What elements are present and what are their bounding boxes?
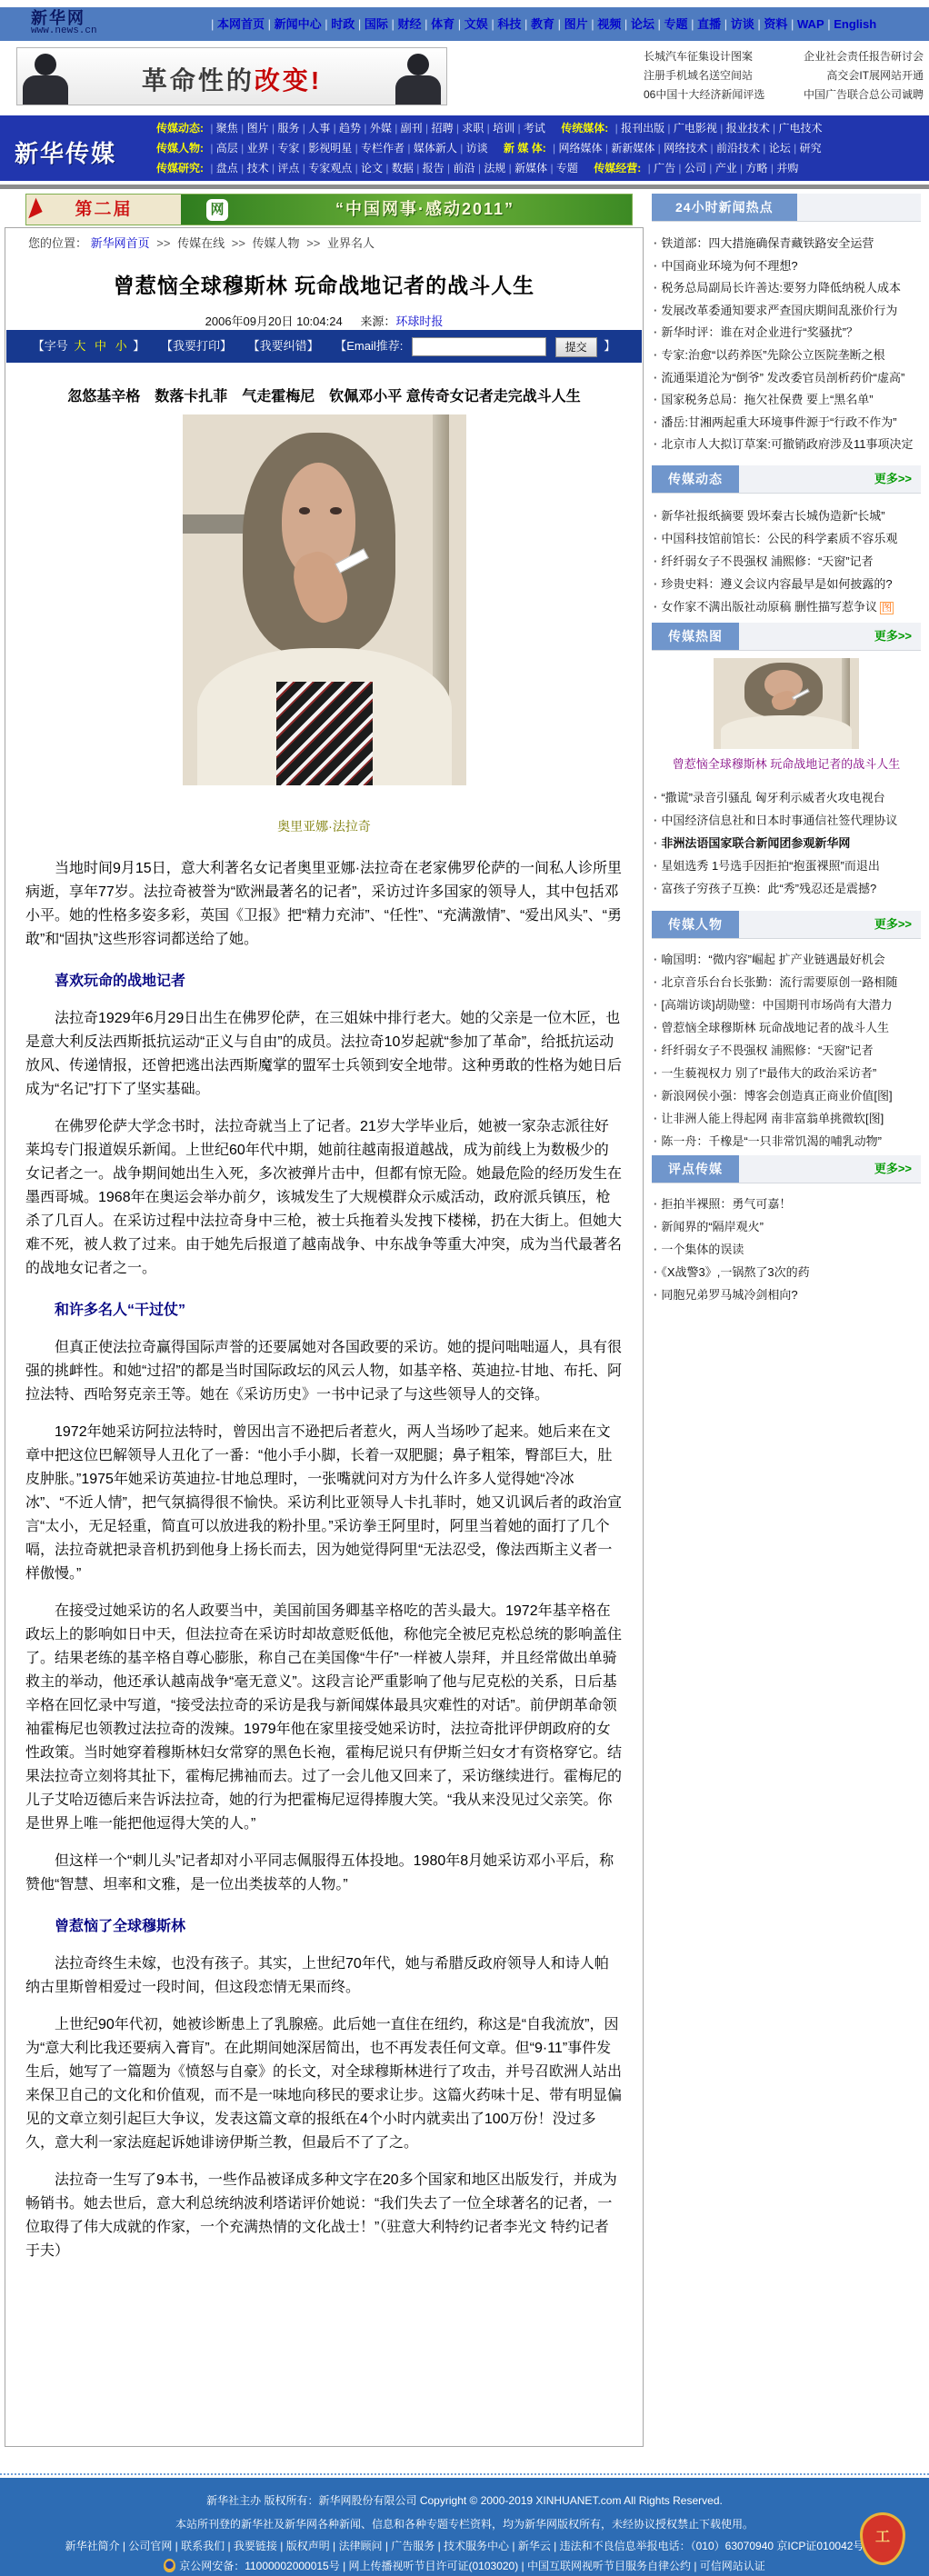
- news-item[interactable]: ·北京音乐台台长张勤：流行需要原创一路相随: [652, 971, 921, 993]
- hot-news-item[interactable]: ·中国商业环境为何不理想?: [652, 255, 921, 278]
- ribbon-icon: [28, 198, 45, 223]
- media-link[interactable]: 广告: [644, 162, 675, 175]
- ad-banner[interactable]: 革命性的改变!: [16, 47, 447, 105]
- article-paragraph: 法拉奇一生写了9本书，一些作品被译成多种文字在20多个国家和地区出版发行，并成为…: [25, 2169, 623, 2263]
- fontsize-label-end: 】: [133, 339, 145, 353]
- bullet-icon: ·: [654, 1265, 657, 1279]
- bullet-icon: ·: [654, 600, 657, 614]
- promo-link[interactable]: 注册手机域名送空间站: [644, 66, 753, 85]
- bullet-icon: ·: [654, 236, 657, 250]
- media-link[interactable]: 盘点: [207, 162, 238, 175]
- media-link[interactable]: 并购: [768, 162, 799, 175]
- topnav-link[interactable]: 体育: [422, 17, 455, 31]
- sidebar-section-renwu-header: 传媒人物 更多>>: [652, 911, 921, 939]
- news-item[interactable]: ·一生藐视权力 别了!“最伟大的政治采访者”: [652, 1062, 921, 1084]
- topnav-link[interactable]: 新闻中心: [265, 17, 322, 31]
- topnav-link[interactable]: 论坛: [621, 17, 654, 31]
- news-item[interactable]: ·同胞兄弟罗马城冷剑相向?: [652, 1283, 921, 1306]
- bullet-icon: ·: [654, 1043, 657, 1057]
- bullet-icon: ·: [654, 953, 657, 966]
- hot-news-item[interactable]: ·北京市人大拟订草案:可撤销政府涉及11事项决定: [652, 434, 921, 456]
- media-cat-label: 传媒经营:: [594, 162, 641, 175]
- media-link[interactable]: 媒体新人: [405, 142, 457, 155]
- media-link[interactable]: 专家观点: [299, 162, 352, 175]
- article-paragraph: 上世纪90年代初，她被诊断患上了乳腺癌。此后她一直住在纽约，称这是“自我流放”，…: [25, 2013, 623, 2155]
- more-link[interactable]: 更多>>: [874, 465, 912, 493]
- topnav-link[interactable]: WAP: [787, 17, 824, 31]
- promo-link[interactable]: 中国广告联合总公司诚聘: [804, 85, 924, 105]
- media-link[interactable]: 业界: [238, 142, 269, 155]
- news-item[interactable]: ·纤纤弱女子不畏强权 浦熙修：“天窗”记者: [652, 1039, 921, 1062]
- bullet-icon: ·: [654, 1134, 657, 1148]
- bullet-icon: ·: [654, 1089, 657, 1103]
- media-link[interactable]: 前沿: [445, 162, 475, 175]
- ad-slogan-prefix: 革命性的: [142, 66, 255, 95]
- news-item[interactable]: ·新华社报纸摘要 毁坏秦古长城伪造新“长城”: [652, 504, 921, 527]
- media-link[interactable]: 报业技术: [717, 122, 770, 135]
- source-label: 来源：: [360, 315, 395, 328]
- news-item[interactable]: ·中国科技馆前馆长：公民的科学素质不容乐观: [652, 527, 921, 550]
- topnav-link[interactable]: 资料: [754, 17, 788, 31]
- photo-person-eye: [330, 507, 341, 514]
- footer: 新华社主办 版权所有：新华网股份有限公司 Copyright © 2000-20…: [0, 2478, 929, 2576]
- bullet-icon: ·: [654, 348, 657, 362]
- campaign-title: “中国网事·感动2011”: [335, 195, 514, 225]
- media-link[interactable]: 求职: [454, 122, 484, 135]
- promo-link-row: 注册手机域名送空间站 高交会IT展网站开通: [644, 66, 924, 85]
- submit-button[interactable]: 提交: [555, 337, 597, 357]
- news-item[interactable]: ·星姐选秀 1号选手因拒拍“抱蛋裸照”而退出: [652, 854, 921, 877]
- fontsize-large-button[interactable]: 大: [74, 339, 85, 353]
- article-container: 您的位置： 新华网首页 >> 传媒在线 >> 传媒人物 >> 业界名人 曾惹恼全…: [5, 227, 644, 2447]
- topnav-link[interactable]: 科技: [488, 17, 522, 31]
- bullet-icon: ·: [654, 836, 657, 850]
- article-paragraph: 曾惹恼了全球穆斯林: [25, 1915, 623, 1939]
- media-link[interactable]: 外媒: [361, 122, 392, 135]
- renwu-news-list: ·喻国明：“微内容”崛起 扩产业链遇最好机会 ·北京音乐台台长张勤：流行需要原创…: [652, 948, 921, 1153]
- news-item[interactable]: ·一个集体的误读: [652, 1238, 921, 1261]
- hot-news-item[interactable]: ·流通渠道沦为“倒爷” 发改委官员剖析药价“虚高”: [652, 367, 921, 390]
- media-link[interactable]: 人事: [299, 122, 330, 135]
- section-title: 传媒人物: [652, 911, 739, 938]
- top-nav-links: 本网首页新闻中心时政国际财经体育文娱科技教育图片视频论坛专题直播访谈资料WAPE…: [211, 7, 876, 41]
- hot-news-item[interactable]: ·税务总局副局长许善达:要努力降低纳税人成本: [652, 277, 921, 300]
- topnav-link[interactable]: 文娱: [455, 17, 488, 31]
- bullet-icon: ·: [654, 1021, 657, 1034]
- media-link[interactable]: 高层: [207, 142, 238, 155]
- media-cat-label: 新 媒 体:: [504, 142, 546, 155]
- media-link[interactable]: 广电技术: [770, 122, 823, 135]
- news-item[interactable]: ·女作家不满出版社动原稿 删性描写惹争议图: [652, 595, 921, 618]
- article-dateline: 2006年09月20日 10:04:24 来源：环球时报: [5, 312, 643, 329]
- campaign-edition: 第二届: [75, 200, 132, 219]
- promo-links: 长城汽车征集设计图案 企业社会责任报告研讨会 注册手机域名送空间站 高交会IT展…: [644, 47, 924, 104]
- article-photo: [183, 414, 466, 785]
- promo-link[interactable]: 06中国十大经济新闻评选: [644, 85, 764, 105]
- breadcrumb-separator: >>: [232, 236, 245, 250]
- ad-slogan: 革命性的改变!: [17, 61, 446, 97]
- retu-news-list: ·“撒谎”录音引骚乱 匈牙利示威者火攻电视台 ·中国经济信息社和日本时事通信社签…: [652, 786, 921, 900]
- email-recommend-label: 【Email推荐:: [335, 339, 403, 353]
- site-logo-url: www.news.cn: [31, 26, 97, 36]
- source-link[interactable]: 环球时报: [395, 315, 443, 328]
- bullet-icon: ·: [654, 281, 657, 295]
- sidebar-section-retu-header: 传媒热图 更多>>: [652, 623, 921, 651]
- topnav-link[interactable]: 直播: [688, 17, 722, 31]
- bullet-icon: ·: [654, 304, 657, 317]
- media-link[interactable]: 招聘: [423, 122, 454, 135]
- section-title: 传媒热图: [652, 623, 739, 650]
- news-item[interactable]: ·新浪网侯小强：博客会创造真正商业价值[图]: [652, 1084, 921, 1107]
- news-item[interactable]: ·富孩子穷孩子互换：此“秀”残忍还是震撼?: [652, 877, 921, 900]
- promo-link[interactable]: 长城汽车征集设计图案: [644, 47, 753, 66]
- media-cat-label: 传媒动态:: [156, 122, 204, 135]
- fontsize-medium-button[interactable]: 中: [95, 339, 106, 353]
- bullet-icon: ·: [654, 509, 657, 523]
- media-row-2: 传媒人物:高层业界专家影视明星专栏作者媒体新人访谈 新 媒 体:网络媒体新新媒体…: [156, 138, 835, 158]
- bullet-icon: ·: [654, 437, 657, 451]
- media-link[interactable]: 专家: [269, 142, 300, 155]
- bullet-icon: ·: [654, 259, 657, 273]
- ad-figure-right-icon: [392, 48, 445, 105]
- correction-button[interactable]: 【我要纠错】: [248, 339, 319, 353]
- hot-news-item[interactable]: ·新华时评：谁在对企业进行“奖骚扰”？: [652, 322, 921, 344]
- campaign-banner-left: 第二届: [26, 195, 181, 225]
- news-item[interactable]: ·中国经济信息社和日本时事通信社签代理协议: [652, 809, 921, 832]
- promo-link-row: 长城汽车征集设计图案 企业社会责任报告研讨会: [644, 47, 924, 66]
- media-link[interactable]: 副刊: [392, 122, 423, 135]
- breadcrumb-home-link[interactable]: 新华网首页: [91, 236, 150, 250]
- media-cat-label: 传统媒体:: [561, 122, 608, 135]
- bullet-icon: ·: [654, 1220, 657, 1233]
- campaign-logo-icon: 网: [206, 199, 228, 221]
- media-link[interactable]: 访谈: [457, 142, 488, 155]
- hot-news-item[interactable]: ·发展改革委通知要求严查国庆期间乱涨价行为: [652, 300, 921, 323]
- divider-bar: [0, 185, 929, 189]
- news-item[interactable]: ·曾惹恼全球穆斯林 玩命战地记者的战斗人生: [652, 1016, 921, 1039]
- breadcrumb-separator: >>: [156, 236, 170, 250]
- bullet-icon: ·: [654, 1288, 657, 1302]
- article-paragraph: 喜欢玩命的战地记者: [25, 970, 623, 993]
- breadcrumb: 您的位置： 新华网首页 >> 传媒在线 >> 传媒人物 >> 业界名人: [28, 234, 375, 251]
- bullet-icon: ·: [654, 998, 657, 1012]
- fontsize-small-button[interactable]: 小: [115, 339, 127, 353]
- sidebar-section-dongtai-header: 传媒动态 更多>>: [652, 465, 921, 494]
- bullet-icon: ·: [654, 1243, 657, 1256]
- media-link[interactable]: 网络媒体: [550, 142, 603, 155]
- bullet-icon: ·: [654, 1066, 657, 1080]
- topnav-link[interactable]: 教育: [521, 17, 554, 31]
- topnav-link[interactable]: 访谈: [721, 17, 754, 31]
- bullet-icon: ·: [654, 814, 657, 827]
- media-channel-logo[interactable]: 新华传媒: [15, 135, 116, 169]
- media-channel-bar: 新华传媒 传媒动态:聚焦图片服务人事趋势外媒副刊招聘求职培训考试 传统媒体:报刊…: [0, 115, 929, 181]
- bullet-icon: ·: [654, 1197, 657, 1211]
- news-item[interactable]: ·[高端访谈]胡勋璧：中国期刊市场尚有大潜力: [652, 993, 921, 1016]
- email-input[interactable]: [412, 337, 546, 356]
- bullet-icon: ·: [654, 1112, 657, 1125]
- pingdian-news-list: ·拒拍半裸照：勇气可嘉！ ·新闻界的“隔岸观火” ·一个集体的误读 ·《X战警3…: [652, 1193, 921, 1306]
- site-logo[interactable]: 新华网 www.news.cn: [31, 10, 97, 36]
- more-link[interactable]: 更多>>: [874, 623, 912, 650]
- bullet-icon: ·: [654, 554, 657, 568]
- footer-license-line[interactable]: 京公网安备：11000002000015号 | 网上传播视听节目许可证(0103…: [0, 2558, 929, 2573]
- topnav-link[interactable]: 时政: [322, 17, 355, 31]
- section-title: 24小时新闻热点: [652, 194, 797, 221]
- news-item[interactable]: ·拒拍半裸照：勇气可嘉！: [652, 1193, 921, 1215]
- news-item[interactable]: ·“撒谎”录音引骚乱 匈牙利示威者火攻电视台: [652, 786, 921, 809]
- article-lead: 忽悠基辛格 数落卡扎菲 气走霍梅尼 钦佩邓小平 意传奇女记者走完战斗人生: [24, 384, 624, 405]
- news-item[interactable]: ·让非洲人能上得起网 南非富翁单挑微软[图]: [652, 1107, 921, 1130]
- topnav-link[interactable]: 国际: [355, 17, 388, 31]
- news-item[interactable]: ·纤纤弱女子不畏强权 浦熙修：“天窗”记者: [652, 550, 921, 573]
- bullet-icon: ·: [654, 577, 657, 591]
- bullet-icon: ·: [654, 393, 657, 406]
- media-link[interactable]: 网络技术: [654, 142, 707, 155]
- media-link[interactable]: 专栏作者: [352, 142, 405, 155]
- topnav-link[interactable]: 财经: [388, 17, 422, 31]
- media-link[interactable]: 趋势: [330, 122, 361, 135]
- media-row-1: 传媒动态:聚焦图片服务人事趋势外媒副刊招聘求职培训考试 传统媒体:报刊出版广电影…: [156, 118, 835, 138]
- topnav-link[interactable]: English: [824, 17, 877, 31]
- footer-license-text: 京公网安备：11000002000015号 | 网上传播视听节目许可证(0103…: [179, 2560, 765, 2572]
- sidebar-section-hot-header: 24小时新闻热点: [652, 194, 921, 222]
- media-link[interactable]: 新新媒体: [603, 142, 655, 155]
- media-link[interactable]: 方略: [737, 162, 768, 175]
- police-badge-icon: [164, 2559, 175, 2572]
- news-item[interactable]: ·新闻界的“隔岸观火”: [652, 1215, 921, 1238]
- article-paragraph: 但这样一个“刺儿头”记者却对小平同志佩服得五体投地。1980年8月她采访邓小平后…: [25, 1850, 623, 1897]
- section-title: 评点传媒: [652, 1155, 739, 1183]
- media-link[interactable]: 服务: [269, 122, 300, 135]
- media-link[interactable]: 数据: [383, 162, 414, 175]
- promo-link-row: 06中国十大经济新闻评选 中国广告联合总公司诚聘: [644, 85, 924, 105]
- bullet-icon: ·: [654, 882, 657, 895]
- bullet-icon: ·: [654, 371, 657, 384]
- hot-news-item[interactable]: ·专家:治愈“以药养医”先除公立医院垄断之根: [652, 344, 921, 367]
- media-channel-rows: 传媒动态:聚焦图片服务人事趋势外媒副刊招聘求职培训考试 传统媒体:报刊出版广电影…: [156, 118, 835, 178]
- media-link[interactable]: 研究: [791, 142, 822, 155]
- bullet-icon: ·: [654, 325, 657, 339]
- bullet-icon: ·: [654, 859, 657, 873]
- footer-copyright: 新华社主办 版权所有：新华网股份有限公司 Copyright © 2000-20…: [0, 2492, 929, 2508]
- top-nav-bar: 新华网 www.news.cn 本网首页新闻中心时政国际财经体育文娱科技教育图片…: [0, 7, 929, 41]
- media-link[interactable]: 前沿技术: [707, 142, 760, 155]
- news-item[interactable]: ·陈一舟：千橡是“一只非常饥渴的哺乳动物”: [652, 1130, 921, 1153]
- hot-news-list: ·铁道部：四大措施确保青藏铁路安全运营 ·中国商业环境为何不理想? ·税务总局副…: [652, 233, 921, 456]
- fontsize-label: 【字号: [33, 339, 68, 353]
- article-paragraph: 法拉奇终生未嫁，也没有孩子。其实，上世纪70年代，她与希腊反政府领导人和诗人帕纳…: [25, 1952, 623, 2000]
- footer-links-line[interactable]: 新华社简介 | 公司官网 | 联系我们 | 我要链接 | 版权声明 | 法律顾问…: [0, 2538, 929, 2553]
- site-logo-title: 新华网: [31, 10, 97, 26]
- article-date: 2006年09月20日 10:04:24: [205, 315, 343, 328]
- promo-link[interactable]: 高交会IT展网站开通: [826, 66, 924, 85]
- media-link[interactable]: 产业: [706, 162, 737, 175]
- breadcrumb-link[interactable]: 传媒人物: [253, 236, 300, 250]
- media-link[interactable]: 专题: [547, 162, 578, 175]
- article-paragraph: 在佛罗伦萨大学念书时，法拉奇就当上了记者。21岁大学毕业后，她被一家杂志派往好莱…: [25, 1115, 623, 1281]
- article-paragraph: 和许多名人“干过仗”: [25, 1299, 623, 1323]
- more-link[interactable]: 更多>>: [874, 911, 912, 938]
- article-paragraph: 在接受过她采访的名人政要当中，美国前国务卿基辛格吃的苦头最大。1972年基辛格在…: [25, 1600, 623, 1836]
- media-row-3: 传媒研究:盘点技术评点专家观点论文数据报告前沿法规新媒体专题 传媒经营:广告公司…: [156, 158, 835, 178]
- breadcrumb-link[interactable]: 业界名人: [327, 236, 375, 250]
- media-link[interactable]: 公司: [675, 162, 706, 175]
- hot-news-item[interactable]: ·潘岳:甘湘两起重大环境事件源于“行政不作为”: [652, 412, 921, 434]
- media-link[interactable]: 论坛: [760, 142, 791, 155]
- sidebar-photo[interactable]: [714, 658, 859, 749]
- media-link[interactable]: 影视明星: [299, 142, 352, 155]
- dongtai-news-list: ·新华社报纸摘要 毁坏秦古长城伪造新“长城” ·中国科技馆前馆长：公民的科学素质…: [652, 504, 921, 618]
- footer-divider: [0, 2473, 929, 2475]
- article-paragraph: 当地时间9月15日，意大利著名女记者奥里亚娜·法拉奇在老家佛罗伦萨的一间私人诊所…: [25, 857, 623, 952]
- media-link[interactable]: 培训: [484, 122, 514, 135]
- campaign-banner-right: 网 “中国网事·感动2011”: [181, 195, 632, 225]
- photo-person-shirt: [276, 682, 373, 785]
- media-link[interactable]: 图片: [238, 122, 269, 135]
- breadcrumb-link[interactable]: 传媒在线: [177, 236, 225, 250]
- media-link[interactable]: 广电影视: [664, 122, 717, 135]
- bullet-icon: ·: [654, 415, 657, 429]
- sidebar-photo-caption-link[interactable]: 曾惹恼全球穆斯林 玩命战地记者的战斗人生: [652, 754, 921, 772]
- bullet-icon: ·: [654, 975, 657, 989]
- bullet-icon: ·: [654, 791, 657, 804]
- media-link[interactable]: 报刊出版: [612, 122, 664, 135]
- image-tag: 图: [880, 602, 894, 614]
- article-body: 当地时间9月15日，意大利著名女记者奥里亚娜·法拉奇在老家佛罗伦萨的一间私人诊所…: [25, 857, 623, 2277]
- media-link[interactable]: 评点: [269, 162, 300, 175]
- email-label-end: 】: [604, 339, 615, 353]
- media-link[interactable]: 技术: [238, 162, 269, 175]
- bullet-icon: ·: [654, 532, 657, 545]
- article-paragraph: 法拉奇1929年6月29日出生在佛罗伦萨，在三姐妹中排行老大。她的父亲是一位木匠…: [25, 1007, 623, 1102]
- news-item[interactable]: ·非洲法语国家联合新闻团参观新华网: [652, 832, 921, 854]
- promo-link[interactable]: 企业社会责任报告研讨会: [804, 47, 924, 66]
- breadcrumb-prefix: 您的位置：: [28, 236, 87, 250]
- topnav-link[interactable]: 本网首页: [211, 17, 265, 31]
- sidebar-section-pingdian-header: 评点传媒 更多>>: [652, 1155, 921, 1183]
- news-item[interactable]: ·《X战警3》,一锅熬了3次的药: [652, 1261, 921, 1283]
- more-link[interactable]: 更多>>: [874, 1155, 912, 1183]
- campaign-banner[interactable]: 第二届 网 “中国网事·感动2011”: [25, 194, 633, 225]
- media-link[interactable]: 论文: [352, 162, 383, 175]
- media-link[interactable]: 聚焦: [207, 122, 238, 135]
- media-cat-label: 传媒人物:: [156, 142, 204, 155]
- topnav-link[interactable]: 视频: [588, 17, 622, 31]
- breadcrumb-separator: >>: [306, 236, 320, 250]
- photo-person-coat: [721, 715, 852, 749]
- topnav-link[interactable]: 专题: [654, 17, 688, 31]
- hot-news-item[interactable]: ·国家税务总局：拖欠社保费 要上“黑名单”: [652, 389, 921, 412]
- print-button[interactable]: 【我要打印】: [161, 339, 232, 353]
- media-link[interactable]: 新媒体: [505, 162, 547, 175]
- news-item[interactable]: ·珍贵史料：遵义会议内容最早是如何披露的?: [652, 573, 921, 595]
- article-paragraph: 但真正使法拉奇赢得国际声誉的还要属她对各国政要的采访。她的提问咄咄逼人，具有很强…: [25, 1336, 623, 1407]
- article-paragraph: 1972年她采访阿拉法特时，曾因出言不逊把后者惹火，两人当场吵了起来。她后来在文…: [25, 1421, 623, 1586]
- article-toolbar: 【字号 大 中 小 】 【我要打印】 【我要纠错】 【Email推荐: 提交 】: [6, 330, 642, 363]
- news-item[interactable]: ·喻国明：“微内容”崛起 扩产业链遇最好机会: [652, 948, 921, 971]
- sidebar: 24小时新闻热点 ·铁道部：四大措施确保青藏铁路安全运营 ·中国商业环境为何不理…: [652, 194, 921, 1306]
- media-link[interactable]: 法规: [475, 162, 506, 175]
- section-title: 传媒动态: [652, 465, 739, 493]
- media-link[interactable]: 考试: [514, 122, 545, 135]
- media-cat-label: 传媒研究:: [156, 162, 204, 175]
- media-link[interactable]: 报告: [414, 162, 445, 175]
- page-title: 曾惹恼全球穆斯林 玩命战地记者的战斗人生: [5, 269, 643, 299]
- footer-notice: 本站所刊登的新华社及新华网各种新闻、信息和各种专题专栏资料，均为新华网版权所有，…: [0, 2516, 929, 2531]
- hot-news-item[interactable]: ·铁道部：四大措施确保青藏铁路安全运营: [652, 233, 921, 255]
- photo-caption: 奥里亚娜·法拉奇: [5, 817, 643, 835]
- topnav-link[interactable]: 图片: [554, 17, 588, 31]
- ad-slogan-highlight: 改变!: [255, 66, 322, 95]
